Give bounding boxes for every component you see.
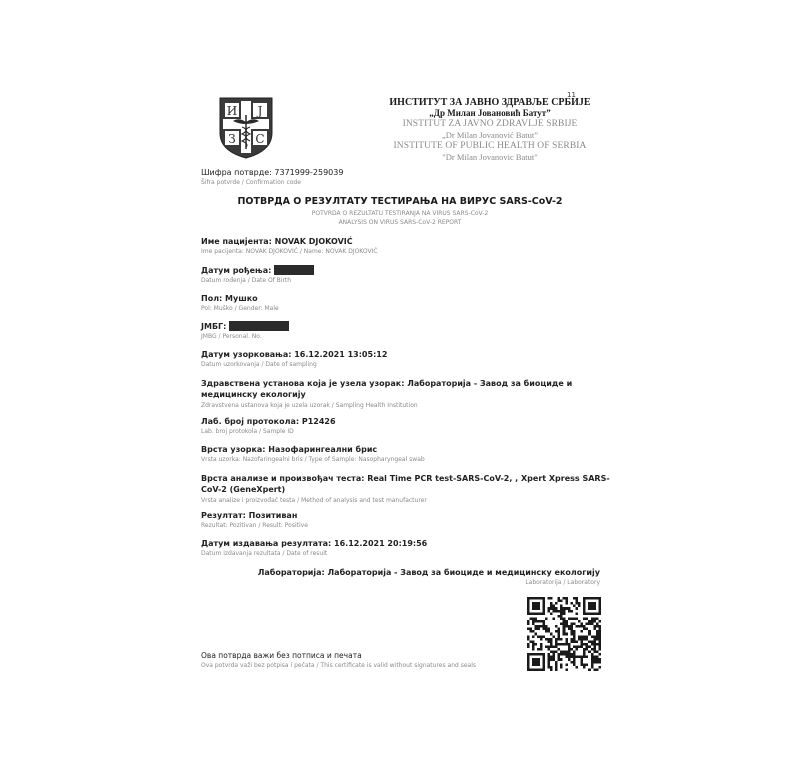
protocol-number-label: Лаб. број протокола: P12426 <box>201 417 336 426</box>
field-jmbg: ЈМБГ: JMBG / Personal. No. <box>201 321 289 340</box>
sampling-date-sub: Datum uzorkovanja / Date of sampling <box>201 361 387 368</box>
gender-sub: Pol: Muško / Gender: Male <box>201 305 279 312</box>
result-date-sub: Datum izdavanja rezultata / Date of resu… <box>201 550 427 557</box>
institute-header: ИНСТИТУТ ЗА ЈАВНО ЗДРАВЉЕ СРБИЈЕ „Др Мил… <box>380 97 600 163</box>
validity-note: Ова потврда важи без потписа и печата Ov… <box>201 651 476 669</box>
document-title: ПОТВРДА О РЕЗУЛТАТУ ТЕСТИРАЊА НА ВИРУС S… <box>200 196 600 227</box>
date-of-birth-label: Датум рођења: <box>201 266 271 275</box>
institute-name-english: INSTITUTE OF PUBLIC HEALTH OF SERBIA <box>380 141 600 152</box>
qr-code-icon <box>527 597 601 671</box>
institute-logo-icon: И Ј З С <box>219 97 273 159</box>
sampling-institution-label: Здравствена установа која је узела узора… <box>201 378 611 400</box>
field-result: Резултат: Позитиван Rezultat: Pozitivan … <box>201 511 308 529</box>
svg-text:З: З <box>228 132 235 146</box>
title-latin: POTVRDA O REZULTATU TESTIRANJA NA VIRUS … <box>200 209 600 218</box>
validity-text: Ова потврда важи без потписа и печата <box>201 651 476 660</box>
laboratory-label: Лабораторија: Лабораторија - Завод за би… <box>258 568 600 577</box>
institute-subname-latin: „Dr Milan Jovanović Batut” <box>380 130 600 141</box>
institute-subname-cyrillic: „Др Милан Јовановић Батут” <box>380 108 600 119</box>
field-sampling-institution: Здравствена установа која је узела узора… <box>201 378 611 409</box>
result-label: Резултат: Позитиван <box>201 511 308 520</box>
field-result-date: Датум издавања резултата: 16.12.2021 20:… <box>201 539 427 557</box>
certificate-page: И Ј З С 11 ИНСТИТУТ ЗА ЈАВНО ЗДРАВЉЕ СРБ… <box>0 0 800 757</box>
confirmation-code-label: Шифра потврде: 7371999-259039 <box>201 168 343 177</box>
sample-type-sub: Vrsta uzorka: Nazofaringealni bris / Typ… <box>201 456 425 463</box>
sample-type-label: Врста узорка: Назофарингеални брис <box>201 445 425 454</box>
patient-name-sub: Ime pacijenta: NOVAK DJOKOVIĆ / Name: NO… <box>201 248 378 255</box>
result-date-label: Датум издавања резултата: 16.12.2021 20:… <box>201 539 427 548</box>
patient-name-label: Име пацијента: NOVAK DJOKOVIĆ <box>201 237 378 246</box>
institute-subname-english: "Dr Milan Jovanovic Batut" <box>380 152 600 163</box>
jmbg-sub: JMBG / Personal. No. <box>201 333 289 340</box>
title-english: ANALYSIS ON VIRUS SARS-CoV-2 REPORT <box>200 218 600 227</box>
sampling-institution-sub: Zdravstvena ustanova koja je uzela uzora… <box>201 402 611 409</box>
svg-text:С: С <box>255 132 264 146</box>
svg-text:Ј: Ј <box>256 104 263 118</box>
field-protocol-number: Лаб. број протокола: P12426 Lab. broj pr… <box>201 417 336 435</box>
protocol-number-sub: Lab. broj protokola / Sample ID <box>201 428 336 435</box>
laboratory-block: Лабораторија: Лабораторија - Завод за би… <box>258 568 600 586</box>
title-cyrillic: ПОТВРДА О РЕЗУЛТАТУ ТЕСТИРАЊА НА ВИРУС S… <box>200 196 600 207</box>
field-sample-type: Врста узорка: Назофарингеални брис Vrsta… <box>201 445 425 463</box>
field-sampling-date: Датум узорковања: 16.12.2021 13:05:12 Da… <box>201 350 387 368</box>
validity-sub: Ova potvrda važi bez potpisa i pečata / … <box>201 662 476 669</box>
analysis-method-sub: Vrsta analize i proizvođač testa / Metho… <box>201 497 611 504</box>
result-sub: Rezultat: Pozitivan / Result: Positive <box>201 522 308 529</box>
confirmation-code-sub: Šifra potvrde / Confirmation code <box>201 179 343 186</box>
date-of-birth-sub: Datum rođenja / Date Of Birth <box>201 277 314 284</box>
analysis-method-label: Врста анализе и произвођач теста: Real T… <box>201 473 611 495</box>
jmbg-label: ЈМБГ: <box>201 322 226 331</box>
field-date-of-birth: Датум рођења: Datum rođenja / Date Of Bi… <box>201 265 314 284</box>
institute-name-cyrillic: ИНСТИТУТ ЗА ЈАВНО ЗДРАВЉЕ СРБИЈЕ <box>380 97 600 108</box>
confirmation-code: Шифра потврде: 7371999-259039 Šifra potv… <box>201 168 343 186</box>
redacted-jmbg <box>229 321 289 331</box>
field-analysis-method: Врста анализе и произвођач теста: Real T… <box>201 473 611 504</box>
redacted-date-of-birth <box>274 265 314 275</box>
svg-text:И: И <box>227 104 237 118</box>
gender-label: Пол: Мушко <box>201 294 279 303</box>
field-gender: Пол: Мушко Pol: Muško / Gender: Male <box>201 294 279 312</box>
field-patient-name: Име пацијента: NOVAK DJOKOVIĆ Ime pacije… <box>201 237 378 255</box>
sampling-date-label: Датум узорковања: 16.12.2021 13:05:12 <box>201 350 387 359</box>
institute-name-latin: INSTITUT ZA JAVNO ZDRAVLJE SRBIJE <box>380 119 600 130</box>
laboratory-sub: Laboratorija / Laboratory <box>258 579 600 586</box>
